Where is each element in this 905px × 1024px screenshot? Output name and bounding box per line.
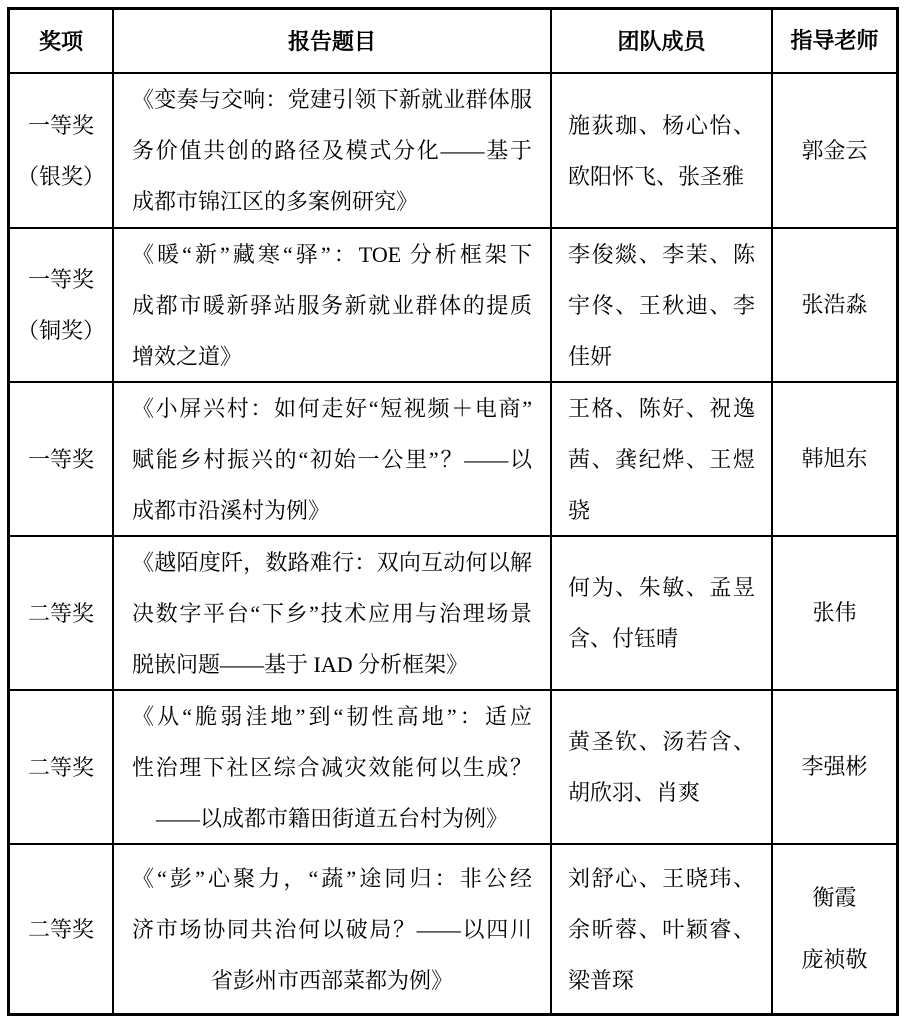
title-cell: 《变奏与交响：党建引领下新就业群体服务价值共创的路径及模式分化——基于成都市锦江… bbox=[114, 74, 550, 227]
report-title-line: 《小屏兴村：如何走好“短视频＋电商” bbox=[132, 383, 532, 434]
header-award: 奖项 bbox=[10, 10, 112, 72]
members-cell: 施荻珈、杨心怡、欧阳怀飞、张圣雅 bbox=[552, 74, 771, 227]
report-title-line: 《变奏与交响：党建引领下新就业群体服 bbox=[132, 74, 532, 125]
award-line: 二等奖 bbox=[10, 742, 112, 793]
team-members-line: 梁普琛 bbox=[568, 955, 755, 1006]
table-row: 二等奖 《从“脆弱洼地”到“韧性高地”：适应性治理下社区综合减灾效能何以生成？—… bbox=[10, 691, 896, 843]
team-members-line: 骁 bbox=[568, 485, 755, 536]
report-title-line: 成都市沿溪村为例》 bbox=[132, 485, 532, 536]
advisor-line: 衡霞 bbox=[773, 867, 896, 929]
advisor-cell: 衡霞庞祯敬 bbox=[773, 845, 896, 1013]
team-members-line: 黄圣钦、汤若含、 bbox=[568, 716, 755, 767]
award-line: 二等奖 bbox=[10, 588, 112, 639]
table-row: 二等奖 《越陌度阡，数路难行：双向互动何以解决数字平台“下乡”技术应用与治理场景… bbox=[10, 537, 896, 689]
team-members-line: 欧阳怀飞、张圣雅 bbox=[568, 151, 755, 202]
report-title-line: 《从“脆弱洼地”到“韧性高地”：适应 bbox=[132, 691, 532, 742]
team-members-line: 余昕蓉、叶颖睿、 bbox=[568, 904, 755, 955]
advisor-line: 张伟 bbox=[773, 582, 896, 644]
title-cell: 《越陌度阡，数路难行：双向互动何以解决数字平台“下乡”技术应用与治理场景脱嵌问题… bbox=[114, 537, 550, 689]
team-members-line: 王格、陈好、祝逸 bbox=[568, 383, 755, 434]
award-line: 一等奖 bbox=[10, 100, 112, 151]
award-line: 一等奖 bbox=[10, 434, 112, 485]
award-cell: 二等奖 bbox=[10, 845, 112, 1013]
team-members-line: 刘舒心、王晓玮、 bbox=[568, 853, 755, 904]
award-line: 二等奖 bbox=[10, 904, 112, 955]
advisor-cell: 张伟 bbox=[773, 537, 896, 689]
table-header-row: 奖项 报告题目 团队成员 指导老师 bbox=[10, 10, 896, 72]
members-cell: 何为、朱敏、孟昱含、付钰晴 bbox=[552, 537, 771, 689]
members-cell: 刘舒心、王晓玮、余昕蓉、叶颖睿、梁普琛 bbox=[552, 845, 771, 1013]
report-title-line: 增效之道》 bbox=[132, 331, 532, 382]
team-members-line: 茜、龚纪烨、王煜 bbox=[568, 434, 755, 485]
advisor-cell: 李强彬 bbox=[773, 691, 896, 843]
advisor-line: 郭金云 bbox=[773, 120, 896, 182]
report-title-line: 决数字平台“下乡”技术应用与治理场景 bbox=[132, 588, 532, 639]
members-cell: 李俊燚、李茉、陈宇佟、王秋迪、李佳妍 bbox=[552, 229, 771, 381]
title-cell: 《小屏兴村：如何走好“短视频＋电商”赋能乡村振兴的“初始一公里”？——以成都市沿… bbox=[114, 383, 550, 535]
team-members-line: 胡欣羽、肖爽 bbox=[568, 767, 755, 818]
advisor-cell: 郭金云 bbox=[773, 74, 896, 227]
award-line: （铜奖） bbox=[10, 305, 112, 356]
award-line: （银奖） bbox=[10, 151, 112, 202]
report-title-line: 《“彭”心聚力，“蔬”途同归：非公经 bbox=[132, 853, 532, 904]
report-title-line: 性治理下社区综合减灾效能何以生成？ bbox=[132, 742, 532, 793]
report-title-line: 省彭州市西部菜都为例》 bbox=[132, 955, 532, 1006]
advisor-line: 庞祯敬 bbox=[773, 929, 896, 991]
title-cell: 《从“脆弱洼地”到“韧性高地”：适应性治理下社区综合减灾效能何以生成？——以成都… bbox=[114, 691, 550, 843]
report-title-line: 《暖“新”藏寒“驿”：TOE 分析框架下 bbox=[132, 229, 532, 280]
team-members-line: 施荻珈、杨心怡、 bbox=[568, 100, 755, 151]
report-title-line: 济市场协同共治何以破局？——以四川 bbox=[132, 904, 532, 955]
advisor-line: 韩旭东 bbox=[773, 428, 896, 490]
award-cell: 一等奖（铜奖） bbox=[10, 229, 112, 381]
header-members: 团队成员 bbox=[552, 10, 771, 72]
table-row: 一等奖 《小屏兴村：如何走好“短视频＋电商”赋能乡村振兴的“初始一公里”？——以… bbox=[10, 383, 896, 535]
advisor-line: 张浩淼 bbox=[773, 274, 896, 336]
table-row: 一等奖（铜奖） 《暖“新”藏寒“驿”：TOE 分析框架下成都市暖新驿站服务新就业… bbox=[10, 229, 896, 381]
report-title-line: 脱嵌问题——基于 IAD 分析框架》 bbox=[132, 639, 532, 690]
advisor-line: 李强彬 bbox=[773, 736, 896, 798]
header-members-label: 团队成员 bbox=[568, 16, 755, 67]
header-advisor-label: 指导老师 bbox=[773, 10, 896, 72]
award-cell: 二等奖 bbox=[10, 537, 112, 689]
members-cell: 黄圣钦、汤若含、胡欣羽、肖爽 bbox=[552, 691, 771, 843]
team-members-line: 李俊燚、李茉、陈 bbox=[568, 229, 755, 280]
header-title-label: 报告题目 bbox=[132, 16, 532, 67]
report-title-line: 赋能乡村振兴的“初始一公里”？——以 bbox=[132, 434, 532, 485]
report-title-line: 成都市暖新驿站服务新就业群体的提质 bbox=[132, 280, 532, 331]
report-title-line: ——以成都市籍田街道五台村为例》 bbox=[132, 793, 532, 844]
team-members-line: 何为、朱敏、孟昱 bbox=[568, 562, 755, 613]
award-cell: 一等奖（银奖） bbox=[10, 74, 112, 227]
title-cell: 《暖“新”藏寒“驿”：TOE 分析框架下成都市暖新驿站服务新就业群体的提质增效之… bbox=[114, 229, 550, 381]
award-line: 一等奖 bbox=[10, 254, 112, 305]
report-title-line: 《越陌度阡，数路难行：双向互动何以解 bbox=[132, 537, 532, 588]
award-cell: 一等奖 bbox=[10, 383, 112, 535]
header-award-label: 奖项 bbox=[10, 16, 112, 67]
team-members-line: 含、付钰晴 bbox=[568, 613, 755, 664]
members-cell: 王格、陈好、祝逸茜、龚纪烨、王煜骁 bbox=[552, 383, 771, 535]
award-cell: 二等奖 bbox=[10, 691, 112, 843]
report-title-line: 务价值共创的路径及模式分化——基于 bbox=[132, 125, 532, 176]
report-title-line: 成都市锦江区的多案例研究》 bbox=[132, 176, 532, 227]
table-row: 二等奖 《“彭”心聚力，“蔬”途同归：非公经济市场协同共治何以破局？——以四川省… bbox=[10, 845, 896, 1013]
header-title: 报告题目 bbox=[114, 10, 550, 72]
team-members-line: 佳妍 bbox=[568, 331, 755, 382]
document-page: 奖项 报告题目 团队成员 指导老师 一等奖（银奖） 《变奏与交响：党建引领下新就… bbox=[0, 0, 905, 1024]
team-members-line: 宇佟、王秋迪、李 bbox=[568, 280, 755, 331]
table-row: 一等奖（银奖） 《变奏与交响：党建引领下新就业群体服务价值共创的路径及模式分化—… bbox=[10, 74, 896, 227]
title-cell: 《“彭”心聚力，“蔬”途同归：非公经济市场协同共治何以破局？——以四川省彭州市西… bbox=[114, 845, 550, 1013]
awards-table: 奖项 报告题目 团队成员 指导老师 一等奖（银奖） 《变奏与交响：党建引领下新就… bbox=[7, 7, 899, 1016]
advisor-cell: 张浩淼 bbox=[773, 229, 896, 381]
advisor-cell: 韩旭东 bbox=[773, 383, 896, 535]
header-advisor: 指导老师 bbox=[773, 10, 896, 72]
